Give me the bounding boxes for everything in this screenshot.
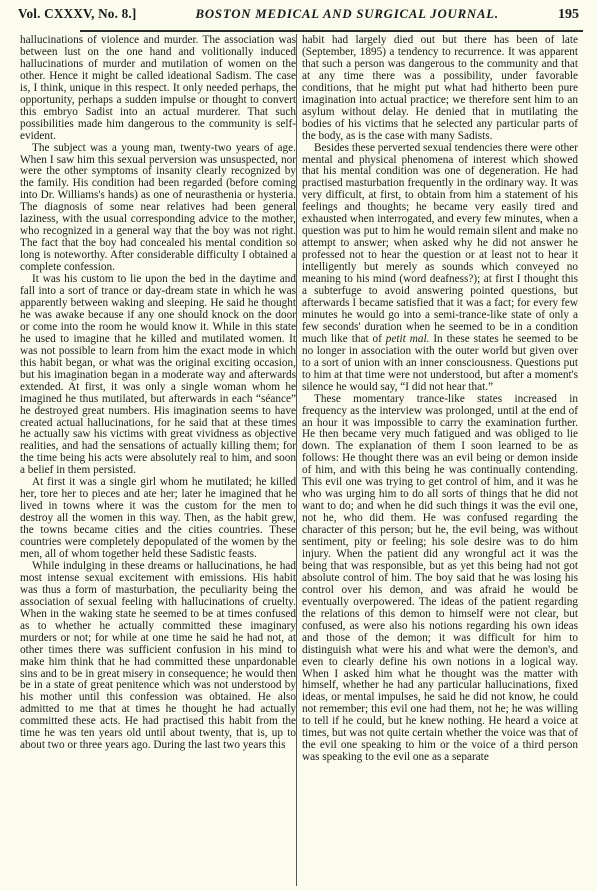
left-column: hallucinations of violence and murder. T… xyxy=(20,35,296,752)
journal-title: BOSTON MEDICAL AND SURGICAL JOURNAL. xyxy=(196,7,499,22)
running-header: Vol. CXXXV, No. 8.] BOSTON MEDICAL AND S… xyxy=(18,6,579,28)
paragraph: Besides these perverted sexual tendencie… xyxy=(302,143,578,394)
paragraph: It was his custom to lie upon the bed in… xyxy=(20,274,296,477)
header-rule xyxy=(80,30,583,32)
paragraph: At first it was a single girl whom he mu… xyxy=(20,477,296,561)
right-column: habit had largely died out but there has… xyxy=(302,35,578,764)
volume-number: Vol. CXXXV, No. 8.] xyxy=(18,6,136,22)
paragraph: While indulging in these dreams or hallu… xyxy=(20,561,296,752)
paragraph: These momentary trance-like states incre… xyxy=(302,394,578,765)
page-number: 195 xyxy=(558,7,579,23)
column-divider xyxy=(296,34,297,886)
italic-term: petit mal. xyxy=(386,333,430,345)
paragraph: The subject was a young man, twenty-two … xyxy=(20,143,296,274)
paragraph: hallucinations of violence and murder. T… xyxy=(20,35,296,143)
paragraph-text: Besides these perverted sexual tendencie… xyxy=(302,142,578,345)
paragraph: habit had largely died out but there has… xyxy=(302,35,578,143)
